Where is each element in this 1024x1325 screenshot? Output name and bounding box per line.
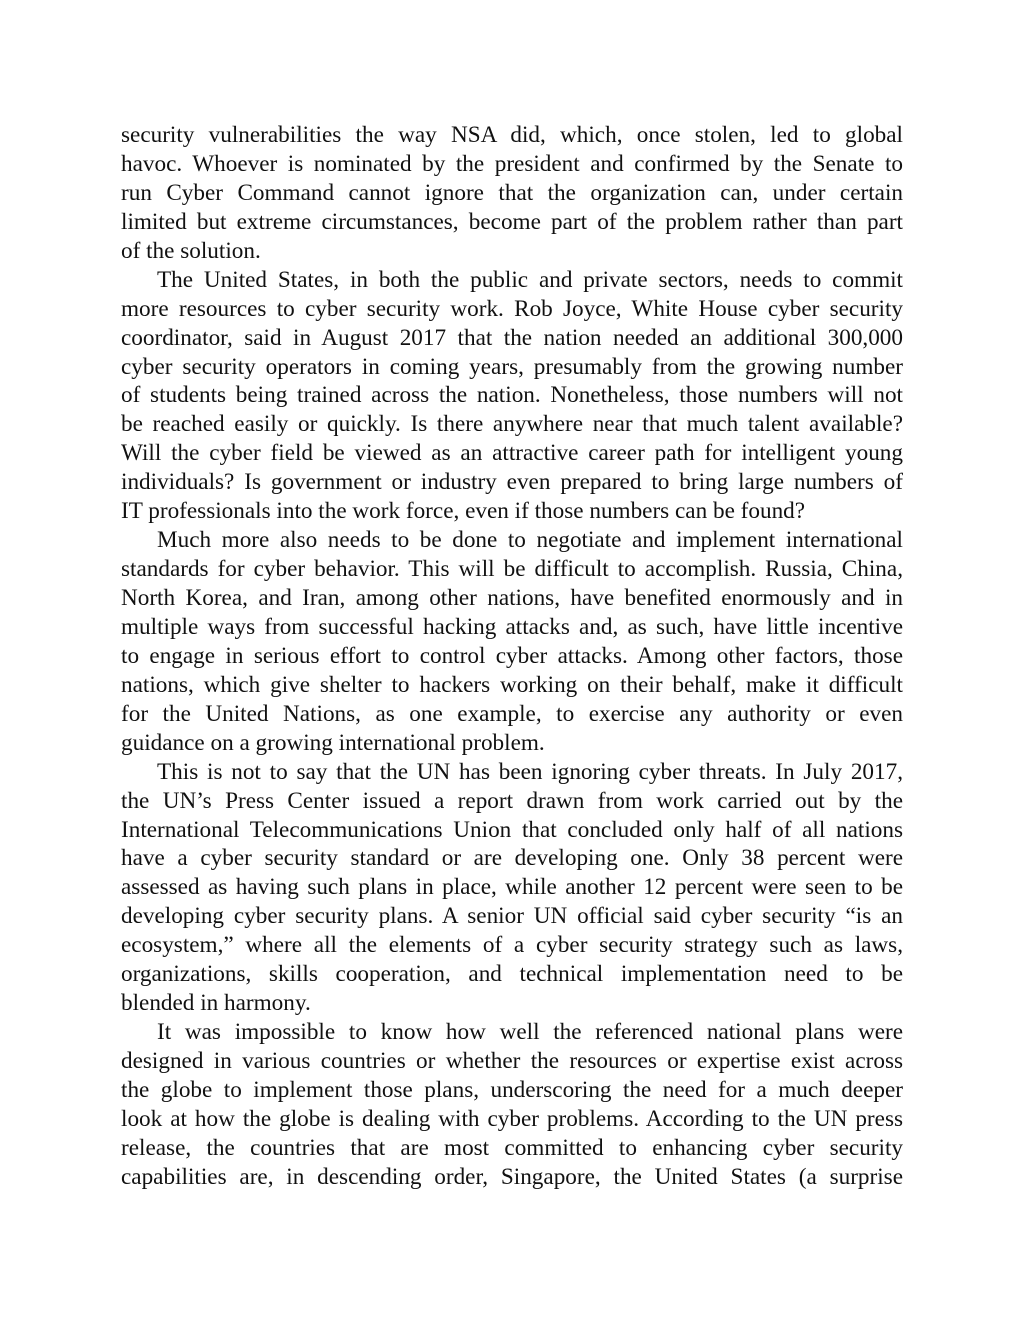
text-line: cyber security operators in coming years… [121,353,903,382]
text-line: look at how the globe is dealing with cy… [121,1105,903,1134]
text-line: for the United Nations, as one example, … [121,700,903,729]
text-line: of students being trained across the nat… [121,381,903,410]
paragraph: This is not to say that the UN has been … [121,758,903,1018]
text-line: Will the cyber field be viewed as an att… [121,439,903,468]
text-line: International Telecommunications Union t… [121,816,903,845]
text-line: nations, which give shelter to hackers w… [121,671,903,700]
text-line: ecosystem,” where all the elements of a … [121,931,903,960]
text-line: of the solution. [121,237,903,266]
paragraph: The United States, in both the public an… [121,266,903,526]
text-line: It was impossible to know how well the r… [121,1018,903,1047]
text-line: capabilities are, in descending order, S… [121,1163,903,1192]
text-line: Much more also needs to be done to negot… [121,526,903,555]
text-line: coordinator, said in August 2017 that th… [121,324,903,353]
text-line: havoc. Whoever is nominated by the presi… [121,150,903,179]
text-line: The United States, in both the public an… [121,266,903,295]
text-line: North Korea, and Iran, among other natio… [121,584,903,613]
paragraph: Much more also needs to be done to negot… [121,526,903,758]
text-line: be reached easily or quickly. Is there a… [121,410,903,439]
text-line: security vulnerabilities the way NSA did… [121,121,903,150]
text-line: individuals? Is government or industry e… [121,468,903,497]
text-line: limited but extreme circumstances, becom… [121,208,903,237]
document-page: security vulnerabilities the way NSA did… [121,121,903,1192]
text-line: more resources to cyber security work. R… [121,295,903,324]
text-line: This is not to say that the UN has been … [121,758,903,787]
text-line: developing cyber security plans. A senio… [121,902,903,931]
text-line: standards for cyber behavior. This will … [121,555,903,584]
text-line: assessed as having such plans in place, … [121,873,903,902]
text-line: guidance on a growing international prob… [121,729,903,758]
text-line: to engage in serious effort to control c… [121,642,903,671]
text-line: release, the countries that are most com… [121,1134,903,1163]
text-line: IT professionals into the work force, ev… [121,497,903,526]
text-line: designed in various countries or whether… [121,1047,903,1076]
paragraph: security vulnerabilities the way NSA did… [121,121,903,266]
paragraph: It was impossible to know how well the r… [121,1018,903,1192]
text-line: have a cyber security standard or are de… [121,844,903,873]
text-line: the UN’s Press Center issued a report dr… [121,787,903,816]
text-line: the globe to implement those plans, unde… [121,1076,903,1105]
text-line: run Cyber Command cannot ignore that the… [121,179,903,208]
text-line: organizations, skills cooperation, and t… [121,960,903,989]
text-line: multiple ways from successful hacking at… [121,613,903,642]
text-line: blended in harmony. [121,989,903,1018]
